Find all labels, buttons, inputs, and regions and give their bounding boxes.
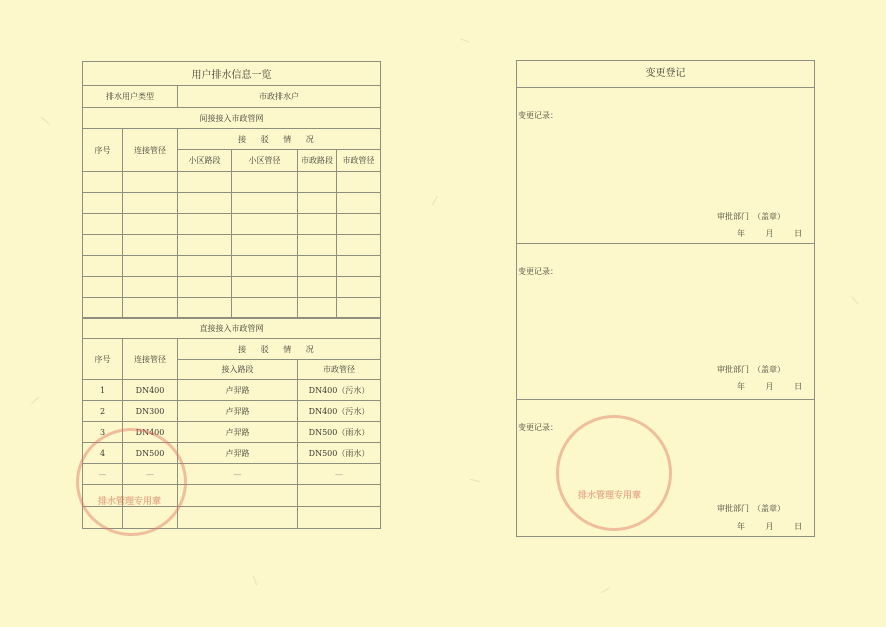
cell: [337, 193, 381, 214]
change-record-label: 变更记录：: [518, 110, 558, 121]
approval-department: 审批部门 （盖章）: [717, 503, 785, 514]
change-record-section-2: 变更记录： 审批部门 （盖章） 年 月 日: [517, 244, 814, 400]
table-row: 1DN400卢羿路DN400（污水）: [83, 380, 381, 401]
cell: [123, 235, 178, 256]
table-row: [83, 256, 381, 277]
col-access-road: 接入路段: [178, 360, 298, 380]
cell: [178, 485, 298, 507]
cell: —: [123, 464, 178, 485]
cell: [178, 277, 232, 298]
cell: [337, 214, 381, 235]
col-district-road: 小区路段: [178, 150, 232, 172]
approval-department: 审批部门 （盖章）: [717, 211, 785, 222]
cell: [232, 214, 298, 235]
cell: [337, 235, 381, 256]
cell: [123, 298, 178, 319]
cell: [123, 193, 178, 214]
change-record-label: 变更记录：: [518, 266, 558, 277]
cell: [298, 214, 337, 235]
change-registration-title: 变更登记: [517, 61, 814, 88]
official-seal-text: 排水管理专用章: [578, 488, 641, 501]
cell: DN400: [123, 422, 178, 443]
cell: 3: [83, 422, 123, 443]
table-row: [83, 277, 381, 298]
cell: [232, 235, 298, 256]
cell: DN500（雨水）: [298, 422, 381, 443]
cell: [123, 277, 178, 298]
user-type-label: 排水用户类型: [83, 86, 178, 108]
col-seq: 序号: [83, 339, 123, 380]
col-pipe-diameter: 连接管径: [123, 339, 178, 380]
col-municipal-road: 市政路段: [298, 150, 337, 172]
col-pipe-diameter: 连接管径: [123, 129, 178, 172]
cell: —: [83, 464, 123, 485]
cell: 卢羿路: [178, 401, 298, 422]
cell: [178, 193, 232, 214]
col-seq: 序号: [83, 129, 123, 172]
cell: [83, 214, 123, 235]
table-row: [83, 172, 381, 193]
cell: [232, 172, 298, 193]
cell: [232, 277, 298, 298]
indirect-section-title: 间接接入市政管网: [83, 108, 381, 129]
cell: [337, 256, 381, 277]
cell: DN500: [123, 443, 178, 464]
col-municipal-pipe: 市政管径: [298, 360, 381, 380]
cell: DN300: [123, 401, 178, 422]
col-district-pipe: 小区管径: [232, 150, 298, 172]
approval-date: 年 月 日: [737, 521, 802, 532]
cell: [298, 277, 337, 298]
change-registration-page: 变更登记 变更记录： 审批部门 （盖章） 年 月 日 变更记录： 审批部门 （盖…: [516, 60, 815, 537]
table-title: 用户排水信息一览: [83, 62, 381, 86]
cell: 1: [83, 380, 123, 401]
cell: [178, 235, 232, 256]
cell: [298, 507, 381, 529]
col-municipal-pipe: 市政管径: [337, 150, 381, 172]
user-type-value: 市政排水户: [178, 86, 381, 108]
table-row: 3DN400卢羿路DN500（雨水）: [83, 422, 381, 443]
cell: [337, 277, 381, 298]
cell: [298, 256, 337, 277]
cell: [232, 298, 298, 319]
table-row: ————: [83, 464, 381, 485]
cell: 4: [83, 443, 123, 464]
cell: [178, 507, 298, 529]
cell: [232, 256, 298, 277]
cell: [123, 172, 178, 193]
official-seal-text: 排水管理专用章: [98, 494, 161, 507]
cell: [298, 172, 337, 193]
change-record-section-3: 变更记录： 审批部门 （盖章） 年 月 日: [517, 400, 814, 539]
cell: 2: [83, 401, 123, 422]
connection-status-header: 接 驳 情 况: [178, 339, 381, 360]
cell: [178, 256, 232, 277]
user-drainage-info-table: 用户排水信息一览 排水用户类型 市政排水户 间接接入市政管网 序号 连接管径 接…: [82, 61, 381, 319]
approval-date: 年 月 日: [737, 228, 802, 239]
direct-section-title: 直接接入市政管网: [83, 318, 381, 339]
cell: DN500（雨水）: [298, 443, 381, 464]
cell: 卢羿路: [178, 443, 298, 464]
cell: [123, 256, 178, 277]
change-record-label: 变更记录：: [518, 422, 558, 433]
cell: [83, 172, 123, 193]
cell: [83, 235, 123, 256]
cell: [178, 298, 232, 319]
cell: [123, 507, 178, 529]
cell: DN400（污水）: [298, 401, 381, 422]
cell: [83, 507, 123, 529]
cell: [298, 485, 381, 507]
change-record-section-1: 变更记录： 审批部门 （盖章） 年 月 日: [517, 88, 814, 244]
cell: [337, 172, 381, 193]
cell: —: [178, 464, 298, 485]
cell: DN400（污水）: [298, 380, 381, 401]
cell: [178, 172, 232, 193]
cell: [83, 193, 123, 214]
connection-status-header: 接 驳 情 况: [178, 129, 381, 150]
approval-date: 年 月 日: [737, 381, 802, 392]
cell: DN400: [123, 380, 178, 401]
cell: [232, 193, 298, 214]
cell: [83, 298, 123, 319]
table-row: 2DN300卢羿路DN400（污水）: [83, 401, 381, 422]
table-row: [83, 298, 381, 319]
table-row: [83, 235, 381, 256]
cell: [298, 193, 337, 214]
cell: [123, 214, 178, 235]
table-row: [83, 193, 381, 214]
table-row: [83, 214, 381, 235]
table-row: 4DN500卢羿路DN500（雨水）: [83, 443, 381, 464]
approval-department: 审批部门 （盖章）: [717, 364, 785, 375]
cell: 卢羿路: [178, 380, 298, 401]
cell: [83, 256, 123, 277]
table-row: [83, 507, 381, 529]
cell: 卢羿路: [178, 422, 298, 443]
cell: [337, 298, 381, 319]
cell: —: [298, 464, 381, 485]
cell: [298, 298, 337, 319]
cell: [298, 235, 337, 256]
cell: [178, 214, 232, 235]
cell: [83, 277, 123, 298]
